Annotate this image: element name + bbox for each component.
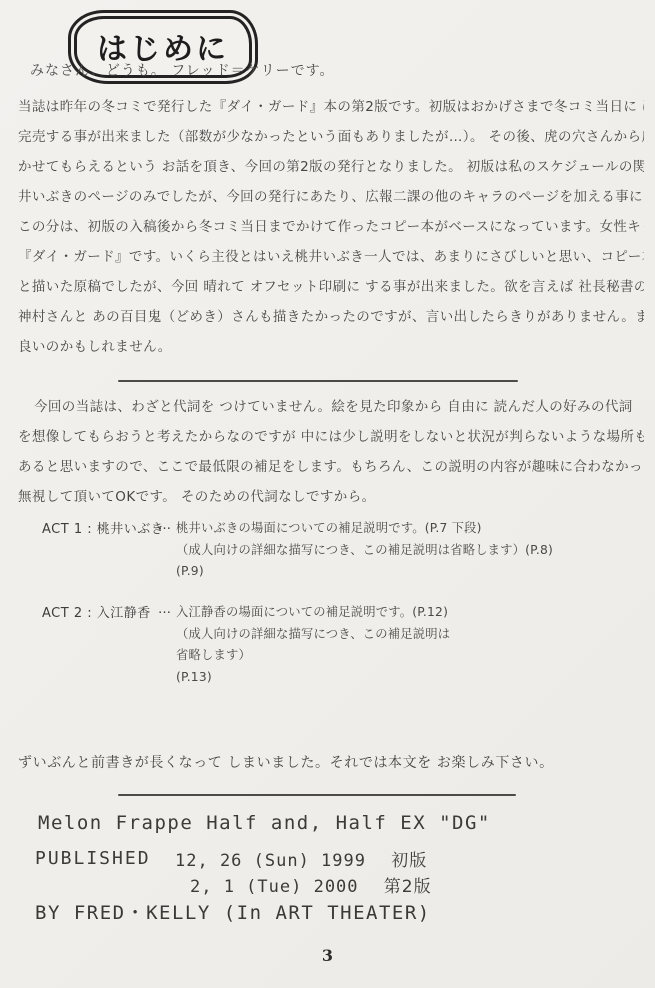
act2-ellipsis: …	[158, 602, 171, 617]
colophon-title: Melon Frappe Half and, Half EX "DG"	[38, 812, 491, 834]
intro-line: この分は、初版の入稿後から冬コミ当日までかけて作ったコピー本がベースになっていま…	[18, 212, 644, 242]
intro-line: かせてもらえるという お話を頂き、今回の第2版の発行となりました。 初版は私のス…	[18, 152, 644, 182]
notes-line: 無視して頂いてOKです。 そのための代詞なしですから。	[18, 482, 644, 512]
intro-line: 神村さんと あの百目鬼（どめき）さんも描きたかったのですが、言い出したらきりがあ…	[18, 302, 644, 332]
act1-label: ACT 1 : 桃井いぶき	[42, 518, 164, 537]
intro-line: 『ダイ・ガード』です。いくら主役とはいえ桃井いぶき一人では、あまりにさびしいと思…	[18, 242, 644, 272]
notes-line: を想像してもらおうと考えたからなのですが 中には少し説明をしないと状況が判らない…	[18, 422, 644, 452]
author-by-line: BY FRED・KELLY (In ART THEATER)	[35, 898, 431, 925]
act2-description: 入江静香の場面についての補足説明です。(P.12) （成人向けの詳細な描写につき…	[176, 602, 638, 688]
section-divider	[118, 380, 518, 382]
intro-line: と描いた原稿でしたが、今回 晴れて オフセット印刷に する事が出来ました。欲を言…	[18, 272, 644, 302]
intro-line: 井いぶきのページのみでしたが、今回の発行にあたり、広報二課の他のキャラのページを…	[18, 182, 644, 212]
act2-desc-line: (P.13)	[176, 667, 638, 689]
intro-paragraph: 当誌は昨年の冬コミで発行した『ダイ・ガード』本の第2版です。初版はおかげさまで冬…	[18, 92, 644, 362]
first-edition-date: 12, 26 (Sun) 1999	[175, 851, 366, 871]
act1-desc-line: （成人向けの詳細な描写につき、この補足説明は省略します）(P.8)	[176, 540, 638, 562]
act2-desc-line: 入江静香の場面についての補足説明です。(P.12)	[176, 602, 638, 624]
notes-paragraph: 今回の当誌は、わざと代詞を つけていません。絵を見た印象から 自由に 読んだ人の…	[18, 392, 644, 512]
act1-description: 桃井いぶきの場面についての補足説明です。(P.7 下段) （成人向けの詳細な描写…	[176, 518, 638, 583]
intro-line: 当誌は昨年の冬コミで発行した『ダイ・ガード』本の第2版です。初版はおかげさまで冬…	[18, 92, 644, 122]
act2-desc-line: （成人向けの詳細な描写につき、この補足説明は	[176, 624, 638, 646]
act2-desc-line: 省略します）	[176, 645, 638, 667]
first-edition-row: 12, 26 (Sun) 1999 初版	[175, 846, 427, 871]
intro-line: 良いのかもしれません。	[18, 332, 644, 362]
act2-label: ACT 2 : 入江静香	[42, 602, 151, 621]
second-edition-label: 第2版	[384, 877, 432, 897]
closing-line: ずいぶんと前書きが長くなって しまいました。それでは本文を お楽しみ下さい。	[18, 752, 554, 772]
act1-desc-line: (P.9)	[176, 561, 638, 583]
notes-line: あると思いますので、ここで最低限の補足をします。もちろん、この説明の内容が趣味に…	[18, 452, 644, 482]
act1-ellipsis: …	[158, 518, 171, 533]
act1-desc-line: 桃井いぶきの場面についての補足説明です。(P.7 下段)	[176, 518, 638, 540]
colophon-divider	[118, 794, 516, 796]
scanned-preface-page: はじめに みなさん、どうも。 フレッド＝ケリーです。 当誌は昨年の冬コミで発行し…	[0, 0, 655, 988]
intro-line: 完売する事が出来ました（部数が少なかったという面もありましたが…）。 その後、虎…	[18, 122, 644, 152]
page-number: 3	[0, 946, 655, 965]
second-edition-date: 2, 1 (Tue) 2000	[190, 877, 359, 897]
greeting-line: みなさん、どうも。 フレッド＝ケリーです。	[30, 60, 334, 80]
published-label: PUBLISHED	[35, 848, 151, 869]
notes-line: 今回の当誌は、わざと代詞を つけていません。絵を見た印象から 自由に 読んだ人の…	[18, 392, 644, 422]
second-edition-row: 2, 1 (Tue) 2000 第2版	[190, 872, 432, 897]
first-edition-label: 初版	[391, 851, 427, 871]
